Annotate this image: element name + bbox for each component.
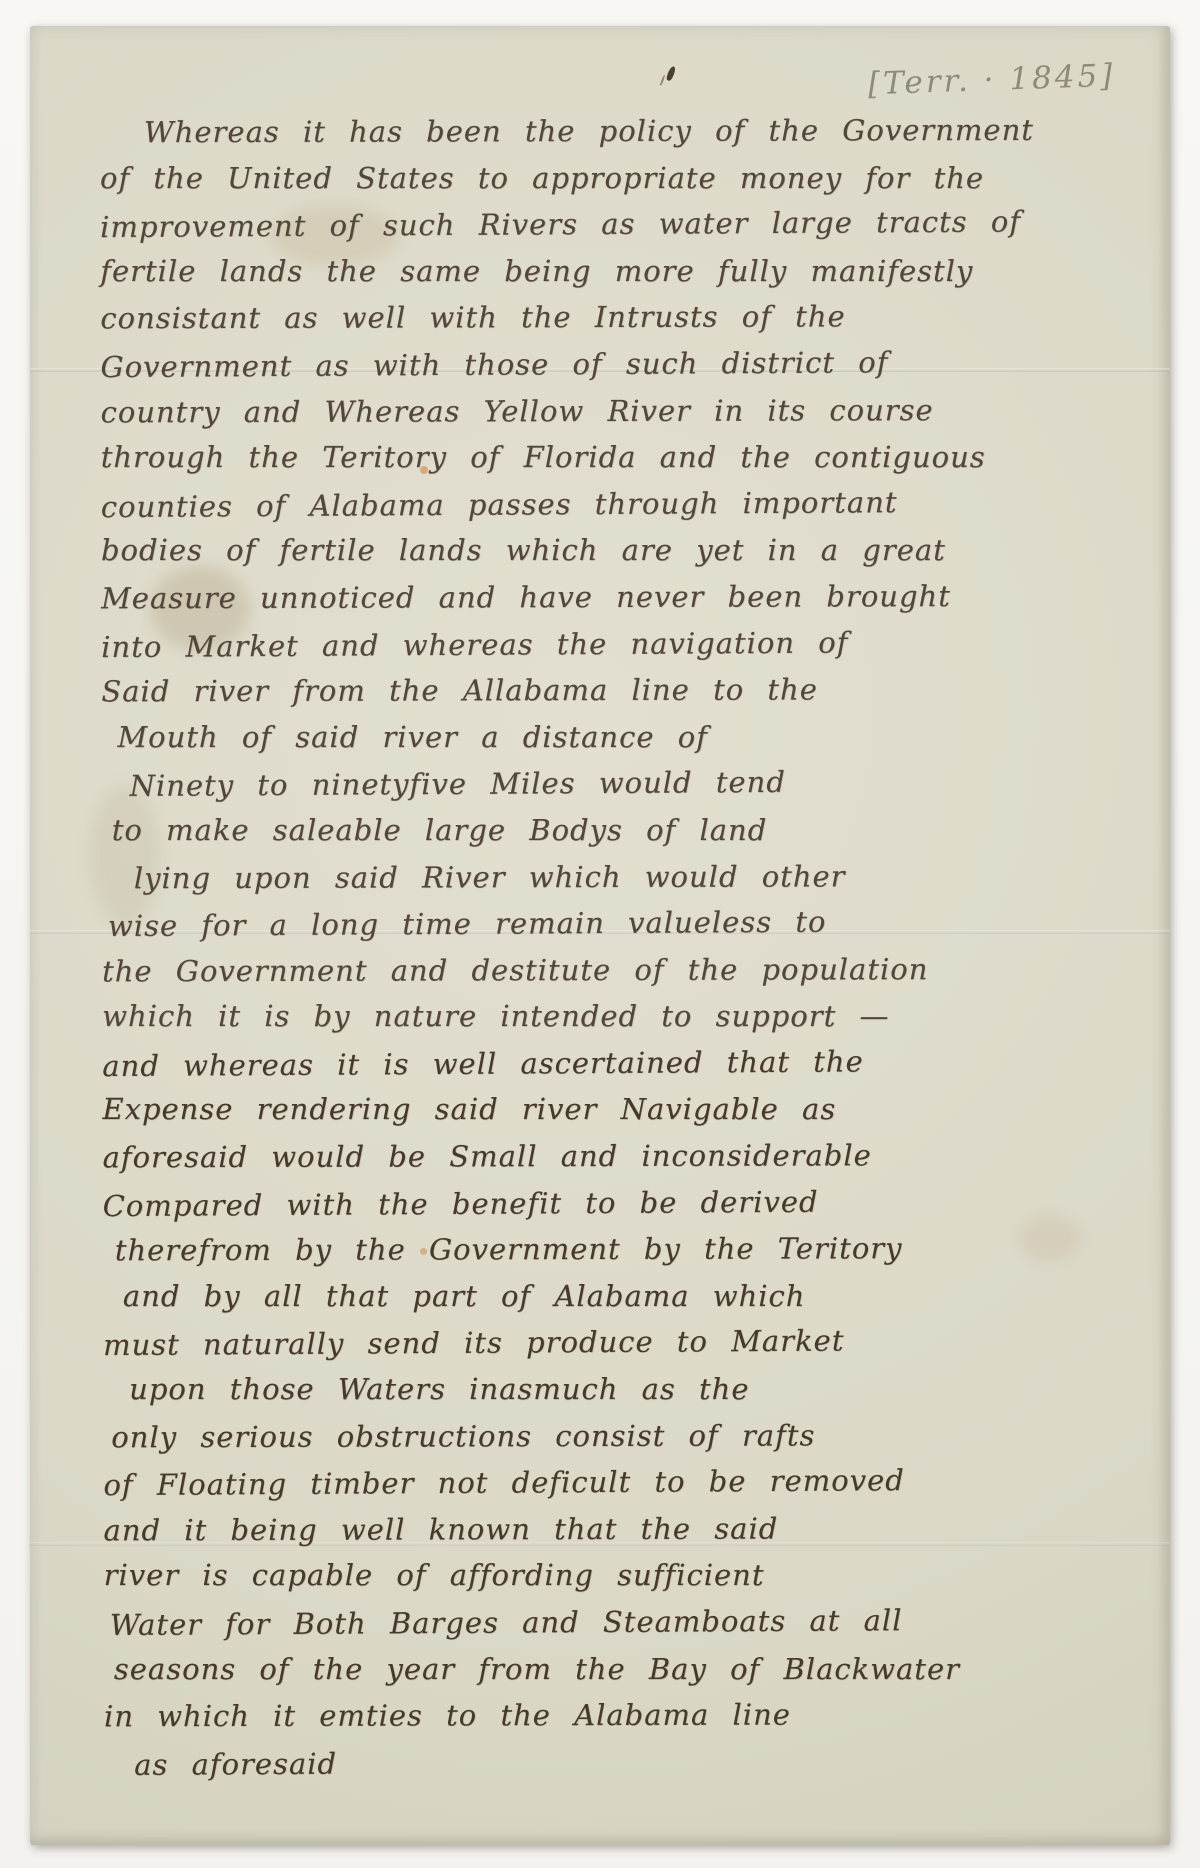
manuscript-line: upon those Waters inasmuch as the: [103, 1366, 1113, 1413]
manuscript-line: in which it emties to the Alabama line: [104, 1691, 1114, 1740]
manuscript-line: Government as with those of such distric…: [100, 338, 1110, 391]
manuscript-line: wise for a long time remain valueless to: [102, 897, 1112, 950]
manuscript-line: through the Teritory of Florida and the …: [101, 434, 1111, 481]
manuscript-line: only serious obstructions consist of raf…: [103, 1411, 1113, 1460]
manuscript-line: fertile lands the same being more fully …: [100, 248, 1110, 295]
manuscript-line: Expense rendering said river Navigable a…: [102, 1086, 1112, 1133]
manuscript-line: Whereas it has been the policy of the Go…: [100, 107, 1110, 156]
manuscript-line: counties of Alabama passes through impor…: [101, 478, 1111, 531]
manuscript-line: which it is by nature intended to suppor…: [102, 993, 1112, 1040]
manuscript-line: aforesaid would be Small and inconsidera…: [102, 1132, 1112, 1181]
manuscript-line: Ninety to ninetyfive Miles would tend: [101, 757, 1111, 810]
manuscript-line: consistant as well with the Intrusts of …: [100, 293, 1110, 342]
manuscript-line: Compared with the benefit to be derived: [103, 1177, 1113, 1230]
ink-mark: [666, 65, 676, 81]
paper: [Terr. · 1845] Whereas it has been the p…: [30, 26, 1170, 1845]
manuscript-line: the Government and destitute of the popu…: [102, 945, 1112, 994]
manuscript-line: and by all that part of Alabama which: [103, 1273, 1113, 1320]
manuscript-line: therefrom by the Government by the Terit…: [103, 1225, 1113, 1274]
pencil-annotation: [Terr. · 1845]: [867, 58, 1115, 103]
manuscript-line: Measure unnoticed and have never been br…: [101, 573, 1111, 622]
manuscript-line: as aforesaid: [104, 1736, 1114, 1789]
manuscript-line: lying upon said River which would other: [102, 852, 1112, 901]
manuscript-line: and it being well known that the said: [103, 1504, 1113, 1553]
manuscript-line: improvement of such Rivers as water larg…: [100, 198, 1110, 251]
handwritten-text: Whereas it has been the policy of the Go…: [100, 107, 1114, 1787]
manuscript-line: of the United States to appropriate mone…: [100, 155, 1110, 202]
manuscript-line: seasons of the year from the Bay of Blac…: [104, 1646, 1114, 1693]
manuscript-line: bodies of fertile lands which are yet in…: [101, 527, 1111, 574]
manuscript-line: into Market and whereas the navigation o…: [101, 617, 1111, 670]
manuscript-line: and whereas it is well ascertained that …: [102, 1037, 1112, 1090]
manuscript-line: Water for Both Barges and Steamboats at …: [104, 1596, 1114, 1649]
manuscript-line: river is capable of affording sufficient: [104, 1552, 1114, 1599]
manuscript-line: of Floating timber not deficult to be re…: [103, 1456, 1113, 1509]
manuscript-line: country and Whereas Yellow River in its …: [101, 386, 1111, 435]
manuscript-line: Said river from the Allabama line to the: [101, 666, 1111, 715]
scanned-document: [Terr. · 1845] Whereas it has been the p…: [0, 0, 1200, 1868]
manuscript-line: to make saleable large Bodys of land: [102, 807, 1112, 854]
manuscript-line: must naturally send its produce to Marke…: [103, 1316, 1113, 1369]
manuscript-line: Mouth of said river a distance of: [101, 714, 1111, 761]
